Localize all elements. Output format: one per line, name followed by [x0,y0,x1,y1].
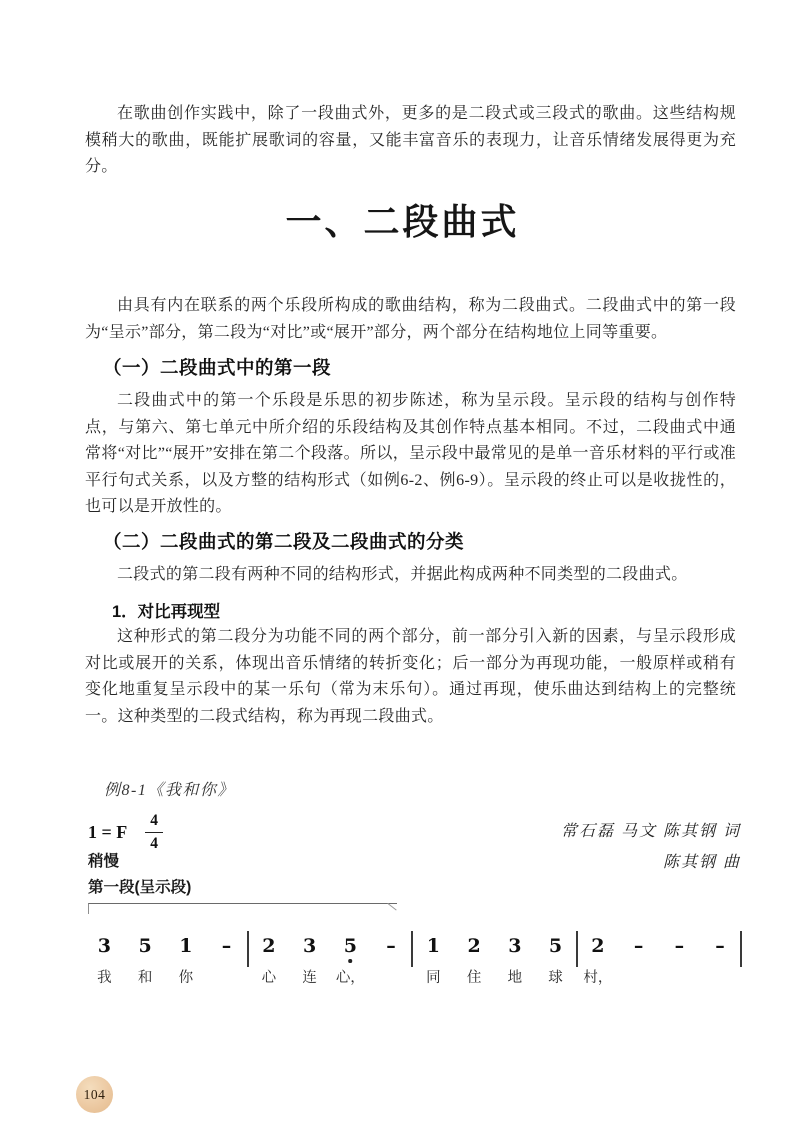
intro-paragraph: 在歌曲创作实践中，除了一段曲式外，更多的是二段式或三段式的歌曲。这些结构规模稍大… [85,101,736,181]
lyric: 同 [413,968,454,988]
note: 3 [84,931,125,961]
note-with-low-octave: 5 [330,931,371,961]
dash-note: – [700,931,741,961]
time-signature-denominator: 4 [150,833,158,852]
dash-note: – [618,931,659,961]
measure-2: 2 3 5 – 心 连 心， [249,931,412,988]
note: 2 [578,931,619,961]
section-label: 第一段(呈示段) [88,875,191,897]
type-1-heading: 1．对比再现型 [112,598,220,622]
dash-note: – [659,931,700,961]
composer-credit: 陈其钢 曲 [561,847,741,878]
measure-3: 1 2 3 5 同 住 地 球 [413,931,576,988]
note: 1 [165,931,206,961]
unit-title: 一、二段曲式 [0,194,805,245]
time-signature: 4 4 [145,813,163,851]
lyric: 住 [454,968,495,988]
note: 5 [535,931,576,961]
dash-note: – [206,931,247,961]
lyric [206,968,247,988]
section-1-body: 二段曲式中的第一个乐段是乐思的初步陈述，称为呈示段。呈示段的结构与创作特点，与第… [85,388,736,521]
time-signature-numerator: 4 [145,813,163,833]
key-signature: 1 = F [88,822,127,843]
lyric [700,968,741,988]
lyric [618,968,659,988]
section-2-heading: （二）二段曲式的第二段及二段曲式的分类 [103,528,464,554]
phrase-bracket [88,903,397,914]
lyric [659,968,700,988]
numbered-notation-score: 3 5 1 – 我 和 你 2 3 5 – 心 连 心， 1 2 3 5 同 住… [84,931,742,988]
key-and-time-signature: 1 = F 4 4 [88,813,163,851]
note: 1 [413,931,454,961]
barline [740,931,742,967]
lyric: 心， [330,968,371,988]
note: 3 [289,931,330,961]
note: 2 [454,931,495,961]
lyric [371,968,412,988]
note: 2 [249,931,290,961]
lyric: 你 [165,968,206,988]
measure-1: 3 5 1 – 我 和 你 [84,931,247,988]
low-octave-dot [349,959,353,963]
note: 5 [125,931,166,961]
lyric: 我 [84,968,125,988]
lyric: 连 [289,968,330,988]
lyric: 球 [535,968,576,988]
tempo-marking: 稍慢 [88,849,119,871]
lyric: 和 [125,968,166,988]
lyricist-credit: 常石磊 马文 陈其钢 词 [561,816,741,847]
lyric: 村， [578,968,619,988]
page-number-badge: 104 [76,1076,113,1113]
credits: 常石磊 马文 陈其钢 词 陈其钢 曲 [561,816,741,878]
dash-note: – [371,931,412,961]
textbook-page: { "page": { "number": "104", "badge_colo… [0,0,805,1145]
section-1-heading: （一）二段曲式中的第一段 [103,354,331,380]
page-number: 104 [84,1087,106,1103]
phrase-bracket-end-tick [387,903,397,911]
lyric: 地 [494,968,535,988]
measure-4: 2 – – – 村， [578,931,741,988]
section-2-body: 二段式的第二段有两种不同的结构形式，并据此构成两种不同类型的二段曲式。 [85,562,736,589]
example-caption: 例8-1《我和你》 [104,777,235,800]
lyric: 心 [249,968,290,988]
note: 3 [494,931,535,961]
type-1-body: 这种形式的第二段分为功能不同的两个部分，前一部分引入新的因素，与呈示段形成对比或… [85,624,736,730]
overview-paragraph: 由具有内在联系的两个乐段所构成的歌曲结构，称为二段曲式。二段曲式中的第一段为“呈… [85,293,736,346]
